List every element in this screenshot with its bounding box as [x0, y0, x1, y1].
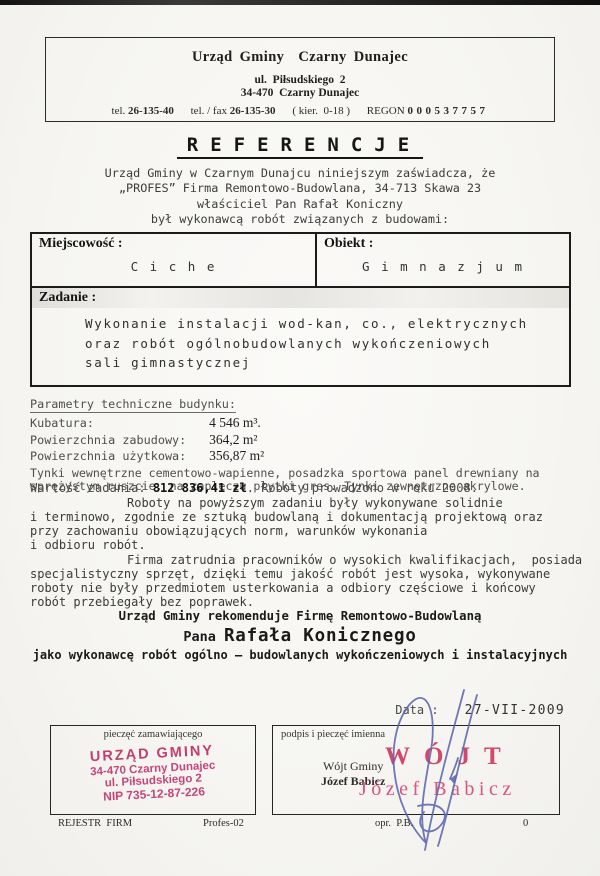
ordering-party-stamp-box: pieczęć zamawiającego URZĄD GMINY 34-470…: [50, 725, 256, 815]
paragraph-line: Roboty na powyższym zadaniu były wykonyw…: [30, 497, 575, 511]
parameter-row: Kubatura: 4 546 m³.: [30, 415, 575, 432]
parameter-label: Kubatura:: [30, 416, 202, 432]
task-label: Zadanie :: [32, 288, 569, 308]
form-code: Profes-02: [203, 818, 244, 829]
parameters-heading: Parametry techniczne budynku:: [30, 397, 236, 413]
fax-number: 26-135-30: [230, 105, 276, 117]
paragraph-line: roboty nie były przedmiotem usterkowania…: [30, 582, 575, 596]
object-value: G i m n a z j u m: [317, 252, 569, 286]
task-value-line: Wartość zadania: 812 836,41 zł. Roboty p…: [30, 481, 478, 495]
location-label: Miejscowość :: [32, 234, 315, 252]
intro-line: właściciel Pan Rafał Koniczny: [0, 197, 600, 212]
parameter-value: 4 546 m³.: [209, 415, 261, 430]
task-line: Wykonanie instalacji wod-kan, co., elekt…: [85, 314, 563, 334]
works-table-top-row: Miejscowość : C i c h e Obiekt : G i m n…: [32, 234, 569, 288]
recommendation-prefix: Pana: [183, 629, 224, 645]
intro-line: „PROFES” Firma Remontowo-Budowlana, 34-7…: [0, 181, 600, 196]
page-number: 0: [523, 818, 528, 829]
prepared-by: opr. P.B.: [375, 818, 413, 829]
paragraph-line: przy zachowaniu obowiązujących norm, war…: [30, 525, 575, 539]
location-value: C i c h e: [32, 252, 315, 286]
works-table: Miejscowość : C i c h e Obiekt : G i m n…: [30, 232, 571, 387]
task-value-amount: 812 836,41 zł: [153, 481, 247, 495]
paragraph-line: Firma zatrudnia pracowników o wysokich k…: [30, 554, 575, 568]
task-value-label: Wartość zadania:: [30, 481, 153, 495]
technical-parameters: Parametry techniczne budynku: Kubatura: …: [30, 397, 575, 494]
intro-paragraph: Urząd Gminy w Czarnym Dunajcu niniejszym…: [0, 166, 600, 228]
letterhead-box: Urząd Gminy Czarny Dunajec ul. Piłsudski…: [45, 37, 555, 122]
intro-line: był wykonawcą robót związanych z budowam…: [0, 212, 600, 227]
paragraph-line: i terminowo, zgodnie ze sztuką budowlaną…: [30, 511, 575, 525]
regon-label: REGON: [367, 105, 405, 117]
letterhead-city: 34-470 Czarny Dunajec: [46, 87, 554, 99]
object-label: Obiekt :: [317, 234, 569, 252]
parameter-value: 364,2 m²: [209, 432, 257, 447]
register-label: REJESTR FIRM: [58, 818, 132, 829]
task-value-suffix: . Roboty prowadzono w roku 2008.: [247, 481, 478, 495]
contractor-name: Rafała Konicznego: [224, 626, 417, 646]
task-line: sali gimnastycznej: [85, 353, 563, 373]
company-paragraph: Firma zatrudnia pracowników o wysokich k…: [30, 554, 575, 610]
tel-number: 26-135-40: [128, 105, 174, 117]
recommendation-name-line: Pana Rafała Konicznego: [0, 625, 600, 648]
task-line: oraz robót ogólnobudowlanych wykończenio…: [85, 334, 563, 354]
tel-label: tel.: [112, 105, 126, 117]
finish-note-line: Tynki wewnętrzne cementowo-wapienne, pos…: [30, 467, 575, 481]
parameter-value: 356,87 m²: [209, 448, 264, 463]
recommendation-line1: Urząd Gminy rekomenduje Firmę Remontowo-…: [0, 609, 600, 624]
location-cell: Miejscowość : C i c h e: [32, 234, 317, 286]
parameter-row: Powierzchnia zabudowy: 364,2 m²: [30, 432, 575, 449]
area-code: ( kier. 0-18 ): [292, 105, 350, 117]
object-cell: Obiekt : G i m n a z j u m: [317, 234, 569, 286]
recommendation-line3: jako wykonawcę robót ogólno – budowlanyc…: [0, 648, 600, 663]
intro-line: Urząd Gminy w Czarnym Dunajcu niniejszym…: [0, 166, 600, 181]
organization-name: Urząd Gminy Czarny Dunajec: [46, 49, 554, 66]
parameter-label: Powierzchnia zabudowy:: [30, 433, 202, 449]
regon-number: 000537757: [407, 105, 488, 117]
letterhead-contact-line: tel. 26-135-40 tel. / fax 26-135-30 ( ki…: [46, 105, 554, 117]
scan-edge-artifact: [0, 0, 600, 5]
letterhead-street: ul. Piłsudskiego 2: [46, 74, 554, 86]
quality-paragraph: Roboty na powyższym zadaniu były wykonyw…: [30, 497, 575, 553]
parameter-row: Powierzchnia użytkowa: 356,87 m²: [30, 448, 575, 465]
fax-label: tel. / fax: [191, 105, 227, 117]
office-ink-stamp: URZĄD GMINY 34-470 Czarny Dunajec ul. Pi…: [50, 741, 257, 807]
task-description: Wykonanie instalacji wod-kan, co., elekt…: [32, 308, 569, 385]
document-title-row: REFERENCJE: [0, 134, 600, 159]
parameter-label: Powierzchnia użytkowa:: [30, 449, 202, 465]
paragraph-line: robót przebiegały bez poprawek.: [30, 596, 575, 610]
paragraph-line: i odbioru robót.: [30, 539, 575, 553]
document-title: REFERENCJE: [177, 134, 423, 159]
scanned-reference-document: Urząd Gminy Czarny Dunajec ul. Piłsudski…: [0, 0, 600, 876]
paragraph-line: specjalistyczny sprzęt, dzięki temu jako…: [30, 568, 575, 582]
ordering-party-stamp-caption: pieczęć zamawiającego: [51, 729, 255, 740]
recommendation-block: Urząd Gminy rekomenduje Firmę Remontowo-…: [0, 609, 600, 663]
